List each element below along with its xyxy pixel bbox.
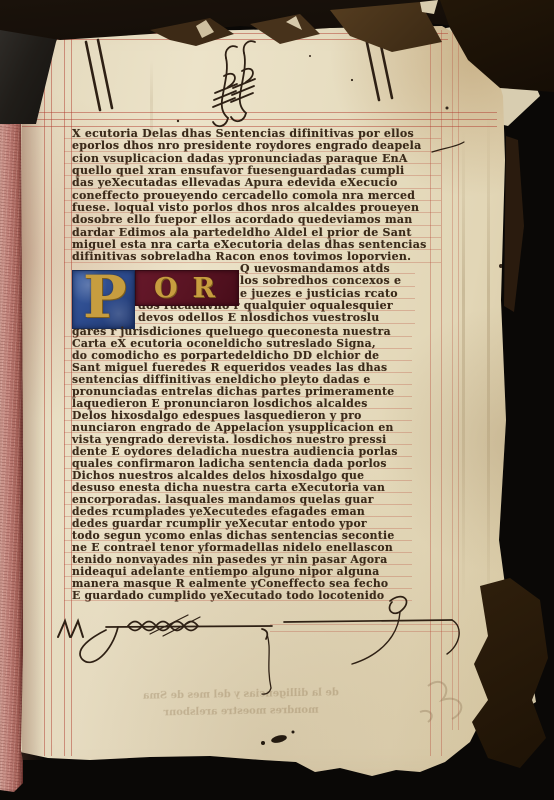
ink-blot bbox=[261, 731, 295, 746]
notarial-flourish-icon bbox=[213, 41, 255, 126]
gutter-shadow bbox=[22, 100, 44, 760]
leather-remnant-right bbox=[504, 136, 524, 312]
fore-edge-pink bbox=[0, 98, 23, 792]
ink-marks-overlay bbox=[0, 0, 554, 800]
specks bbox=[177, 55, 503, 268]
margin-pen-stroke bbox=[432, 142, 464, 152]
parchment-page: X ecutoria Delas dhas Sentencias difinit… bbox=[0, 0, 554, 800]
bottom-flourish-icon bbox=[58, 597, 459, 694]
ghost-flourish bbox=[420, 682, 461, 722]
pen-mark-ii-left bbox=[86, 40, 112, 110]
manuscript-photograph: X ecutoria Delas dhas Sentencias difinit… bbox=[0, 0, 554, 800]
